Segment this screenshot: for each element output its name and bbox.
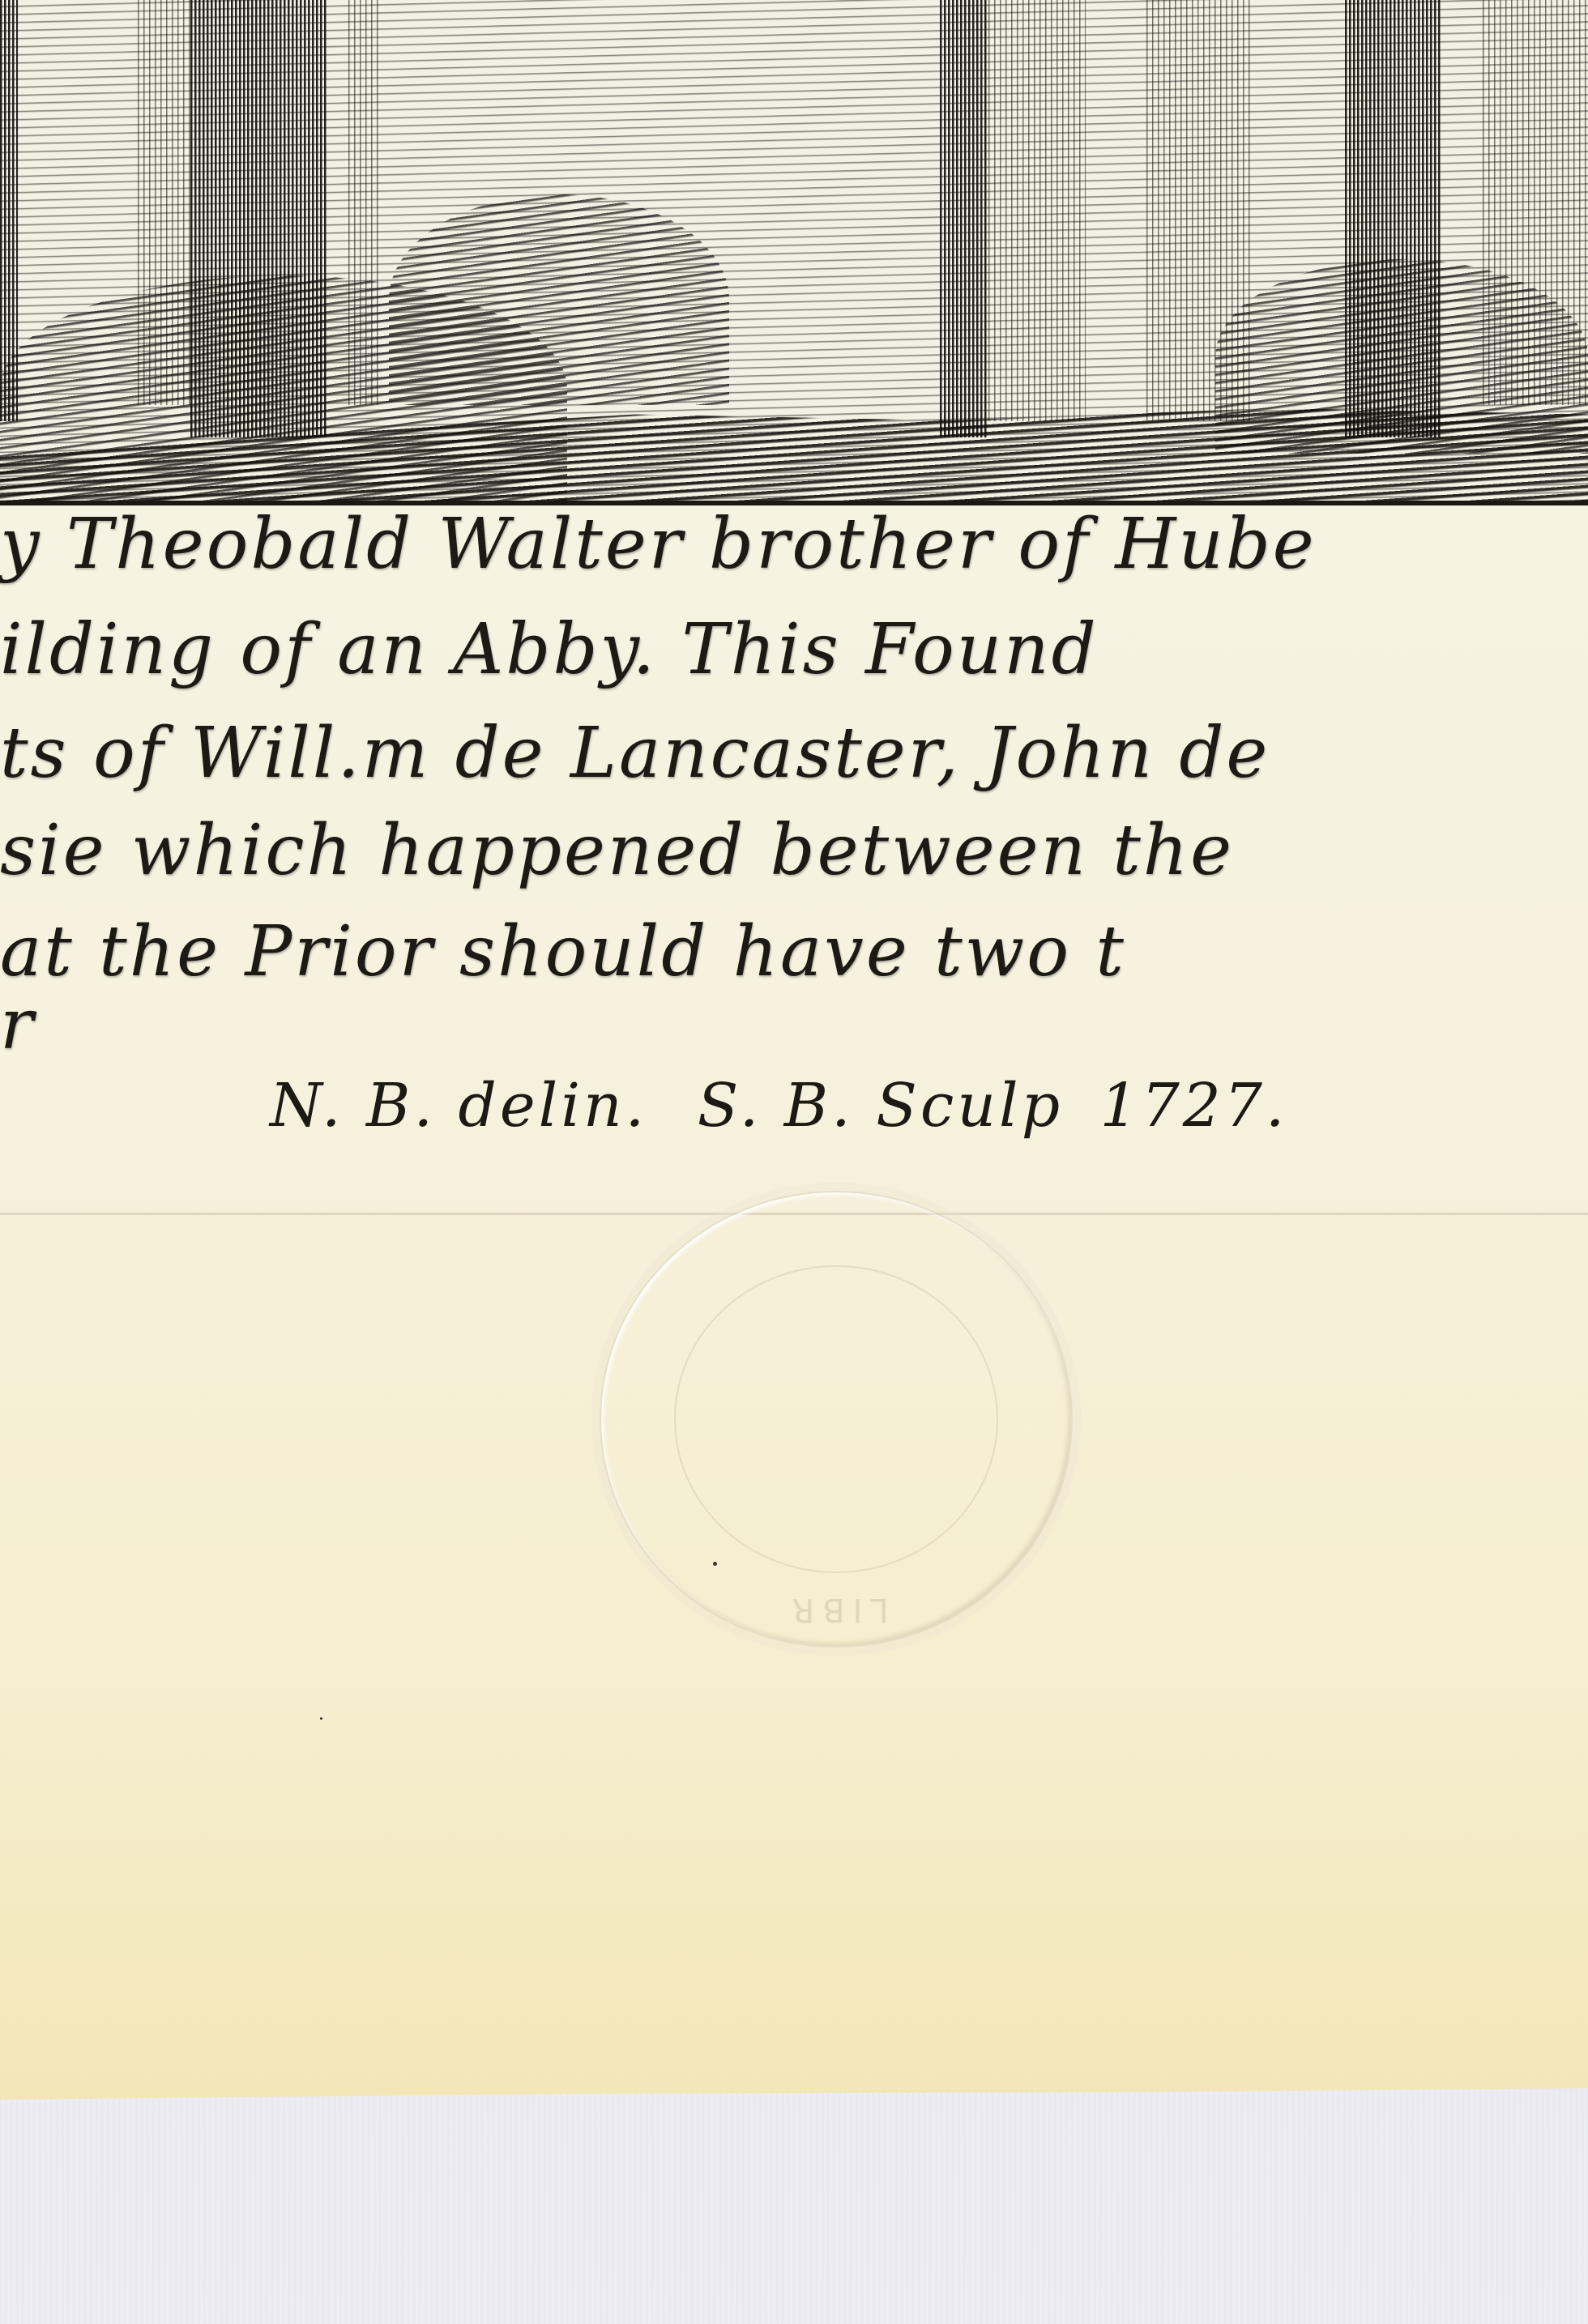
- stamp-inner-ring: [674, 1265, 998, 1573]
- column-center-light: [988, 0, 1086, 421]
- caption-line-2: ilding of an Abby. This Found: [0, 609, 1099, 690]
- engraving-image: [0, 0, 1588, 505]
- draughtsman-credit: N. B. delin.: [270, 1071, 647, 1141]
- paper-speck: [713, 1562, 717, 1566]
- caption-line-5: at the Prior should have two t: [0, 911, 1126, 992]
- caption-line-1: y Theobald Walter brother of Hube: [0, 504, 1317, 585]
- engraver-credit: S. B. Sculp: [698, 1071, 1063, 1141]
- column-center: [940, 0, 988, 437]
- print-paper: y Theobald Walter brother of Hube ilding…: [0, 0, 1588, 2100]
- engraving-year: 1727.: [1100, 1071, 1288, 1141]
- embossed-library-stamp: LIBR: [600, 1191, 1073, 1648]
- paper-speck: [320, 1717, 322, 1720]
- stamp-legend: LIBR: [601, 1591, 1071, 1628]
- engraver-signature: N. B. delin. S. B. Sculp 1727.: [270, 1071, 1315, 1141]
- caption-line-4: sie which happened between the: [0, 810, 1234, 891]
- caption-line-6: r: [0, 984, 36, 1065]
- caption-line-3: ts of Will.m de Lancaster, John de: [0, 713, 1270, 794]
